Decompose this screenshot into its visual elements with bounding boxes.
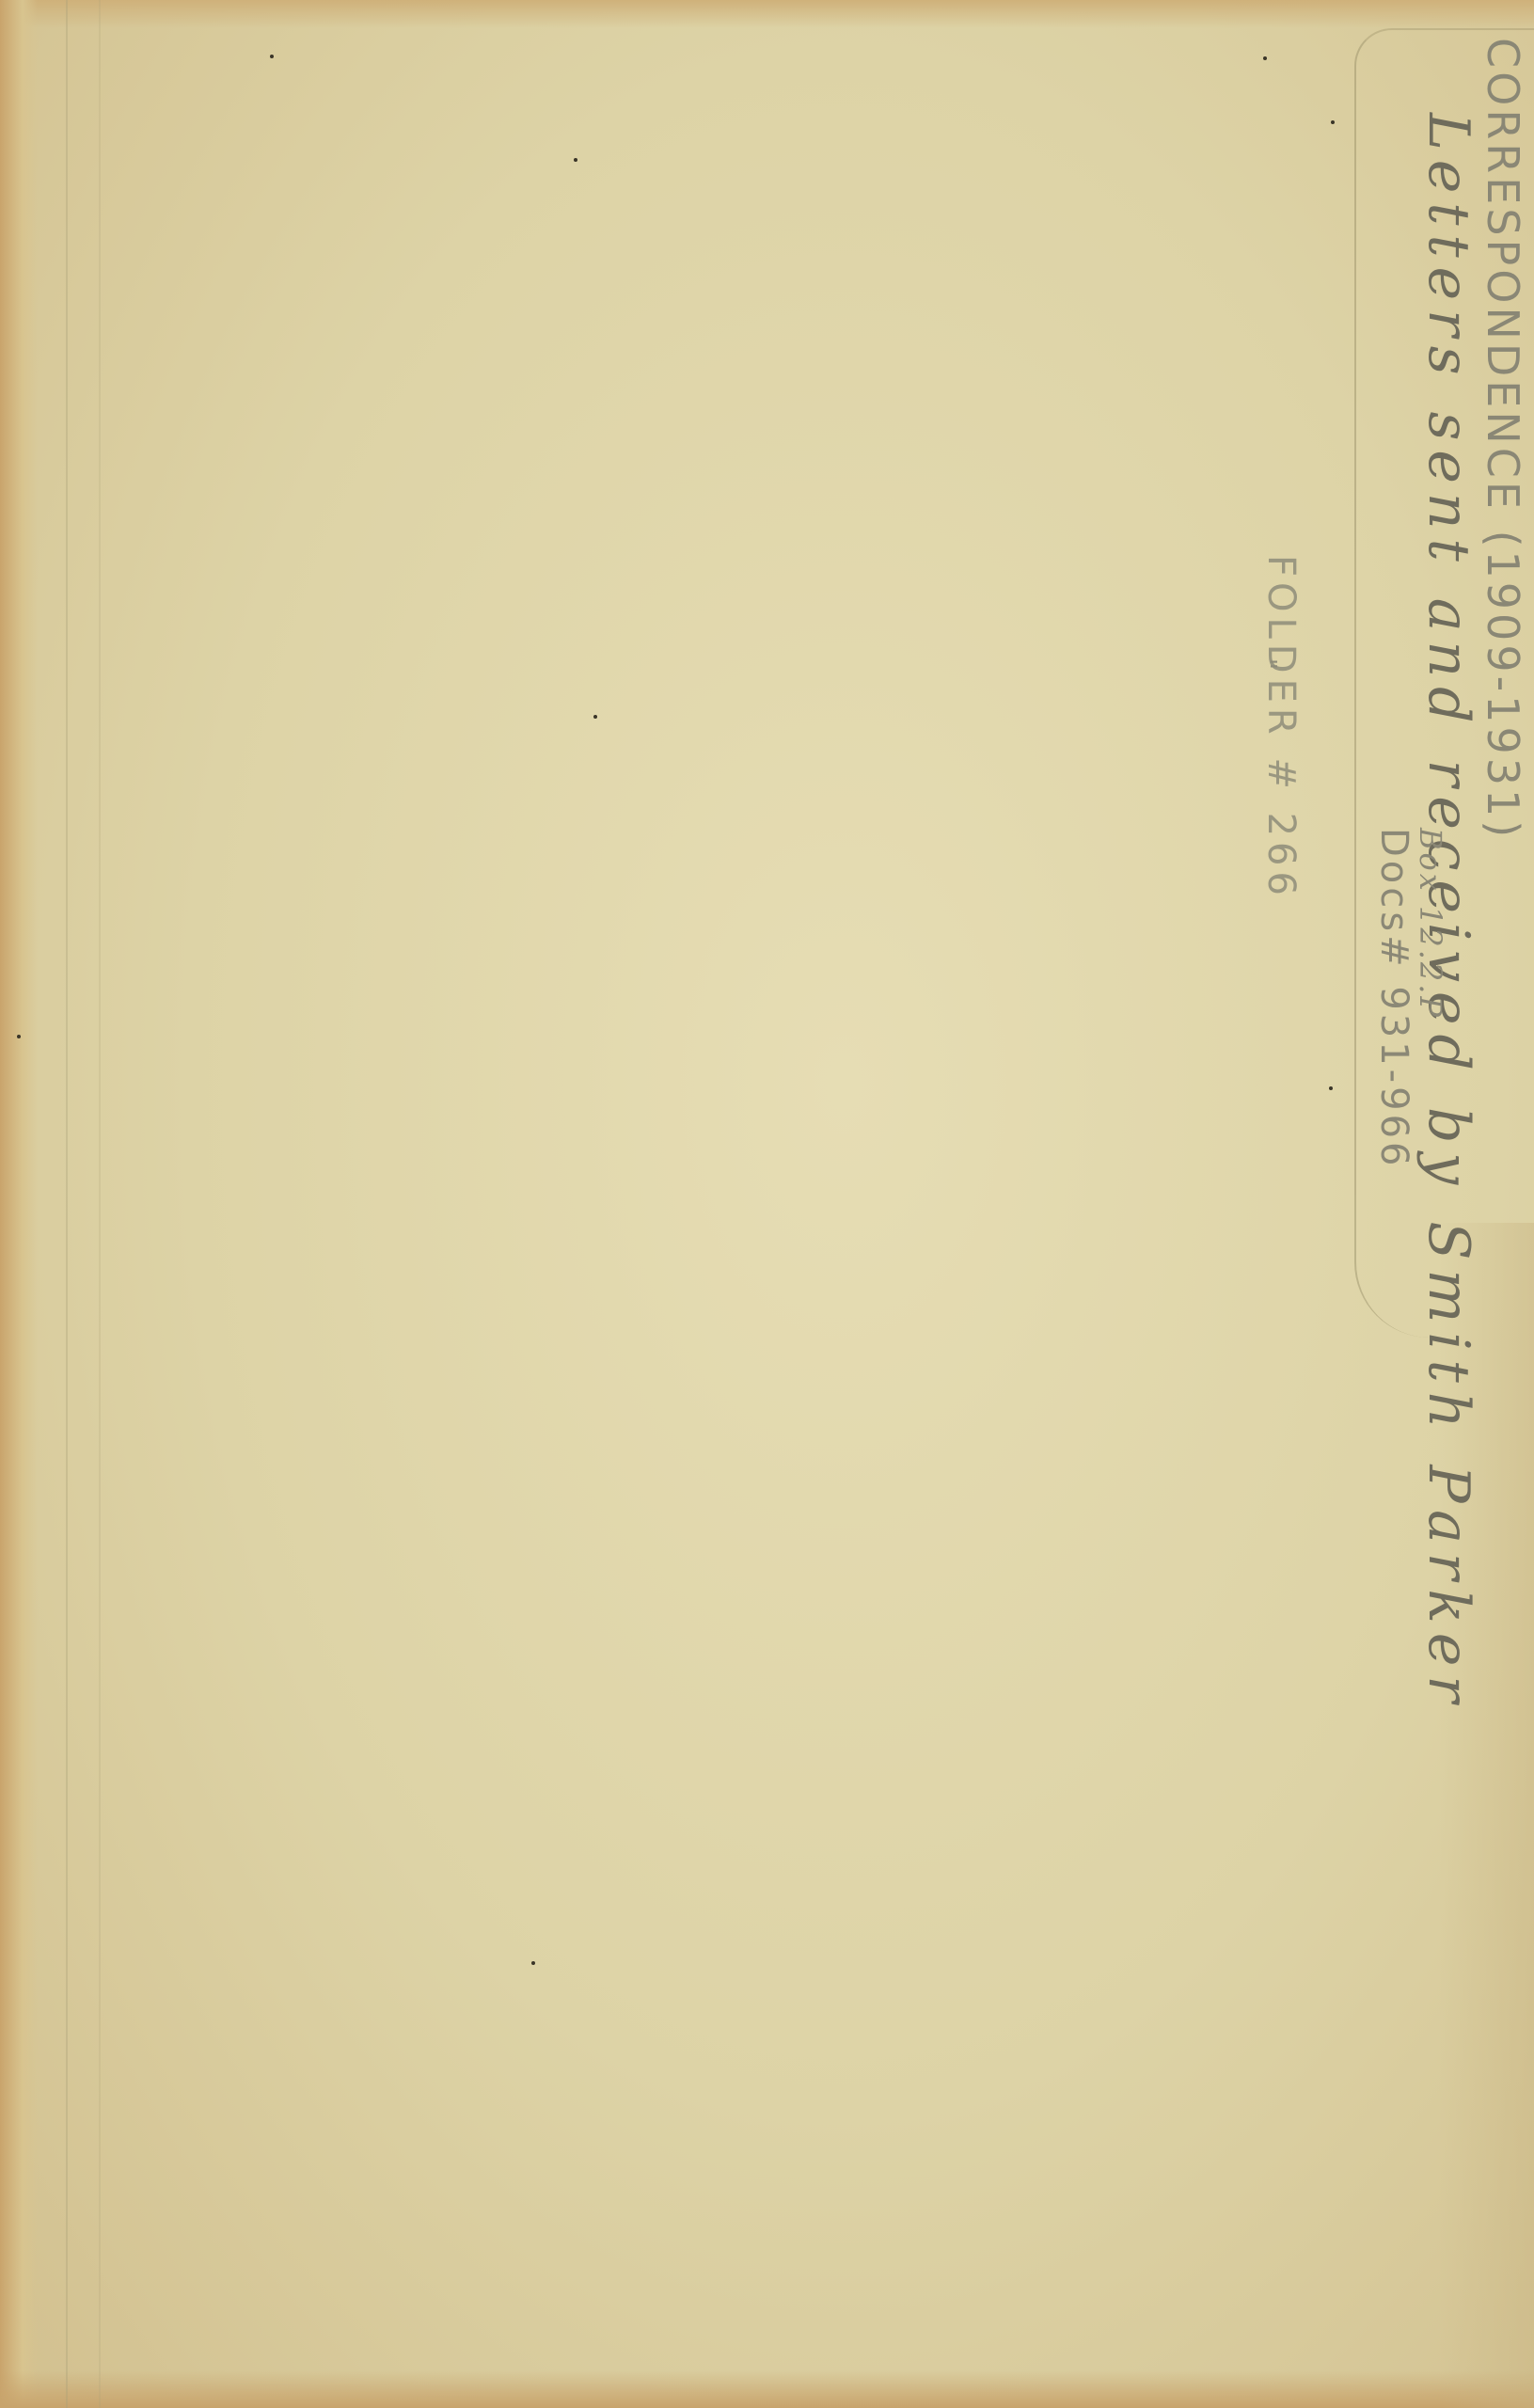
speck — [1329, 1086, 1333, 1090]
document-range: Docs# 931-966 — [1372, 828, 1415, 1169]
speck — [1331, 120, 1335, 124]
speck — [593, 715, 597, 719]
speck — [17, 1035, 21, 1038]
speck — [1263, 56, 1267, 60]
box-number: Box 12.2.P — [1413, 828, 1448, 1020]
folder-title: CORRESPONDENCE (1909-1931) — [1478, 38, 1528, 841]
ditto-mark: " — [1253, 658, 1281, 670]
folder-number: FOLDER # 266 — [1259, 555, 1303, 901]
folder-cover: CORRESPONDENCE (1909-1931) Letters sent … — [0, 0, 1534, 2408]
bottom-edge-stain — [0, 2370, 1534, 2408]
speck — [574, 158, 577, 162]
left-edge-stain — [0, 0, 38, 2408]
fold-crease — [66, 0, 68, 2408]
top-edge-stain — [0, 0, 1534, 28]
speck — [270, 55, 274, 58]
speck — [531, 1961, 535, 1965]
fold-crease — [99, 0, 101, 2408]
